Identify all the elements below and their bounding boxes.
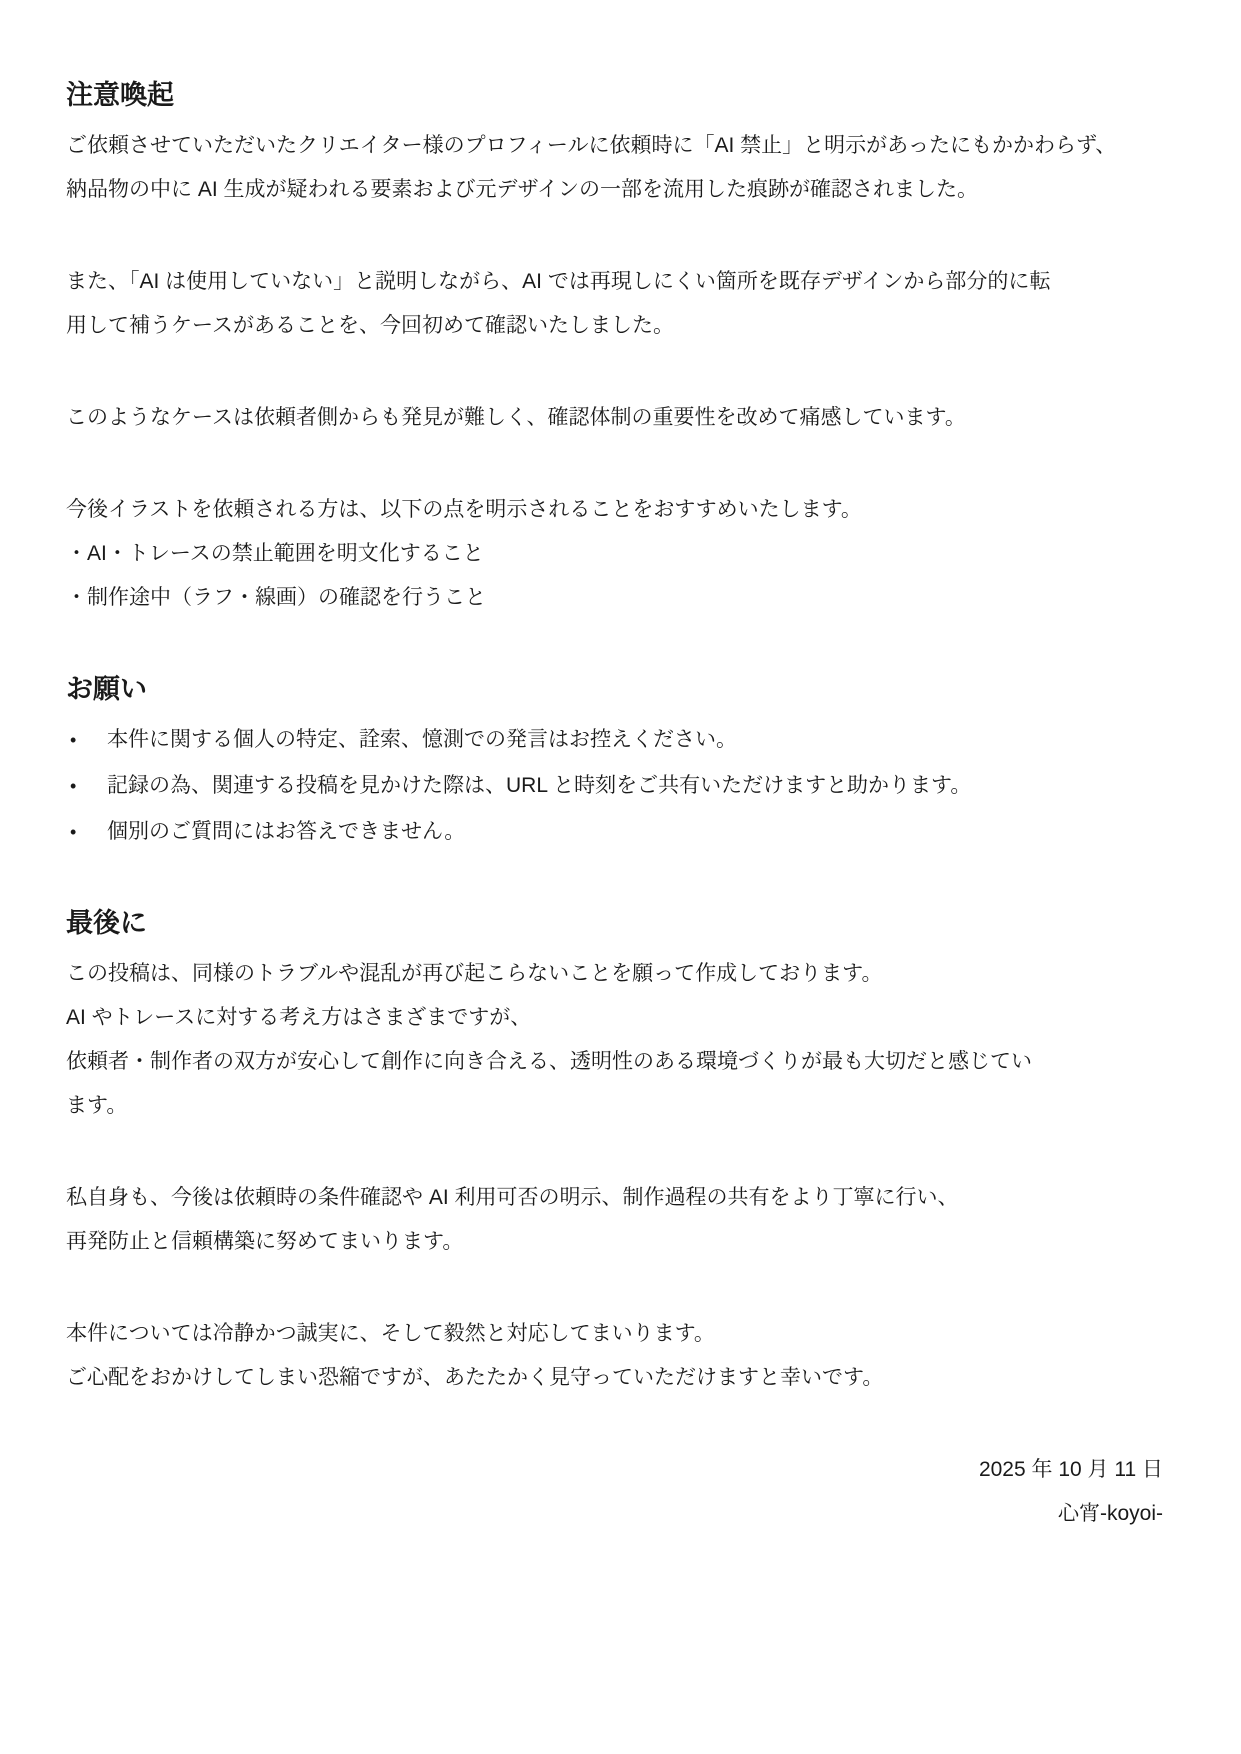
- section-heading-attention: 注意喚起: [66, 76, 1175, 114]
- text-line: ご依頼させていただいたクリエイター様のプロフィールに依頼時に「AI 禁止」と明示…: [66, 124, 1175, 168]
- text-line: この投稿は、同様のトラブルや混乱が再び起こらないことを願って作成しております。: [66, 952, 1175, 996]
- paragraph-difficulty-detection: このようなケースは依頼者側からも発見が難しく、確認体制の重要性を改めて痛感してい…: [66, 396, 1175, 440]
- bullet-text: 記録の為、関連する投稿を見かけた際は、URL と時刻をご共有いただけますと助かり…: [107, 764, 971, 808]
- text-line: AI やトレースに対する考え方はさまざまですが、: [66, 996, 1175, 1040]
- text-line-list-item: ・制作途中（ラフ・線画）の確認を行うこと: [66, 576, 1175, 620]
- document-page: 注意喚起 ご依頼させていただいたクリエイター様のプロフィールに依頼時に「AI 禁…: [0, 0, 1241, 1754]
- section-heading-finally: 最後に: [66, 904, 1175, 942]
- text-line: 再発防止と信頼構築に努めてまいります。: [66, 1220, 1175, 1264]
- bullet-text: 個別のご質問にはお答えできません。: [107, 810, 465, 854]
- text-line: このようなケースは依頼者側からも発見が難しく、確認体制の重要性を改めて痛感してい…: [66, 396, 1175, 440]
- bullet-item: • 本件に関する個人の特定、詮索、憶測での発言はお控えください。: [66, 718, 1175, 762]
- paragraph-self-commitment: 私自身も、今後は依頼時の条件確認や AI 利用可否の明示、制作過程の共有をより丁…: [66, 1176, 1175, 1264]
- document-footer: 2025 年 10 月 11 日 心宵-koyoi-: [66, 1448, 1175, 1536]
- text-line: また、「AI は使用していない」と説明しながら、AI では再現しにくい箇所を既存…: [66, 260, 1175, 304]
- bullet-item: • 記録の為、関連する投稿を見かけた際は、URL と時刻をご共有いただけますと助…: [66, 764, 1175, 808]
- bullet-marker: •: [66, 810, 107, 854]
- paragraph-ai-denial-case: また、「AI は使用していない」と説明しながら、AI では再現しにくい箇所を既存…: [66, 260, 1175, 348]
- paragraph-purpose: この投稿は、同様のトラブルや混乱が再び起こらないことを願って作成しております。 …: [66, 952, 1175, 1128]
- bullet-marker: •: [66, 718, 107, 762]
- date-text: 2025 年 10 月 11 日: [66, 1448, 1163, 1492]
- signature-text: 心宵-koyoi-: [66, 1492, 1163, 1536]
- text-line: 用して補うケースがあることを、今回初めて確認いたしました。: [66, 304, 1175, 348]
- text-line: 依頼者・制作者の双方が安心して創作に向き合える、透明性のある環境づくりが最も大切…: [66, 1040, 1175, 1084]
- request-bullet-list: • 本件に関する個人の特定、詮索、憶測での発言はお控えください。 • 記録の為、…: [66, 718, 1175, 854]
- bullet-item: • 個別のご質問にはお答えできません。: [66, 810, 1175, 854]
- text-line: 私自身も、今後は依頼時の条件確認や AI 利用可否の明示、制作過程の共有をより丁…: [66, 1176, 1175, 1220]
- paragraph-closing: 本件については冷静かつ誠実に、そして毅然と対応してまいります。 ご心配をおかけし…: [66, 1312, 1175, 1400]
- text-line: 今後イラストを依頼される方は、以下の点を明示されることをおすすめいたします。: [66, 488, 1175, 532]
- section-heading-request: お願い: [66, 670, 1175, 708]
- text-line: 納品物の中に AI 生成が疑われる要素および元デザインの一部を流用した痕跡が確認…: [66, 168, 1175, 212]
- bullet-marker: •: [66, 764, 107, 808]
- bullet-text: 本件に関する個人の特定、詮索、憶測での発言はお控えください。: [107, 718, 737, 762]
- text-line-list-item: ・AI・トレースの禁止範囲を明文化すること: [66, 532, 1175, 576]
- text-line: ご心配をおかけしてしまい恐縮ですが、あたたかく見守っていただけますと幸いです。: [66, 1356, 1175, 1400]
- text-line: ます。: [66, 1084, 1175, 1128]
- text-line: 本件については冷静かつ誠実に、そして毅然と対応してまいります。: [66, 1312, 1175, 1356]
- paragraph-recommendations: 今後イラストを依頼される方は、以下の点を明示されることをおすすめいたします。 ・…: [66, 488, 1175, 620]
- paragraph-delivery-findings: ご依頼させていただいたクリエイター様のプロフィールに依頼時に「AI 禁止」と明示…: [66, 124, 1175, 212]
